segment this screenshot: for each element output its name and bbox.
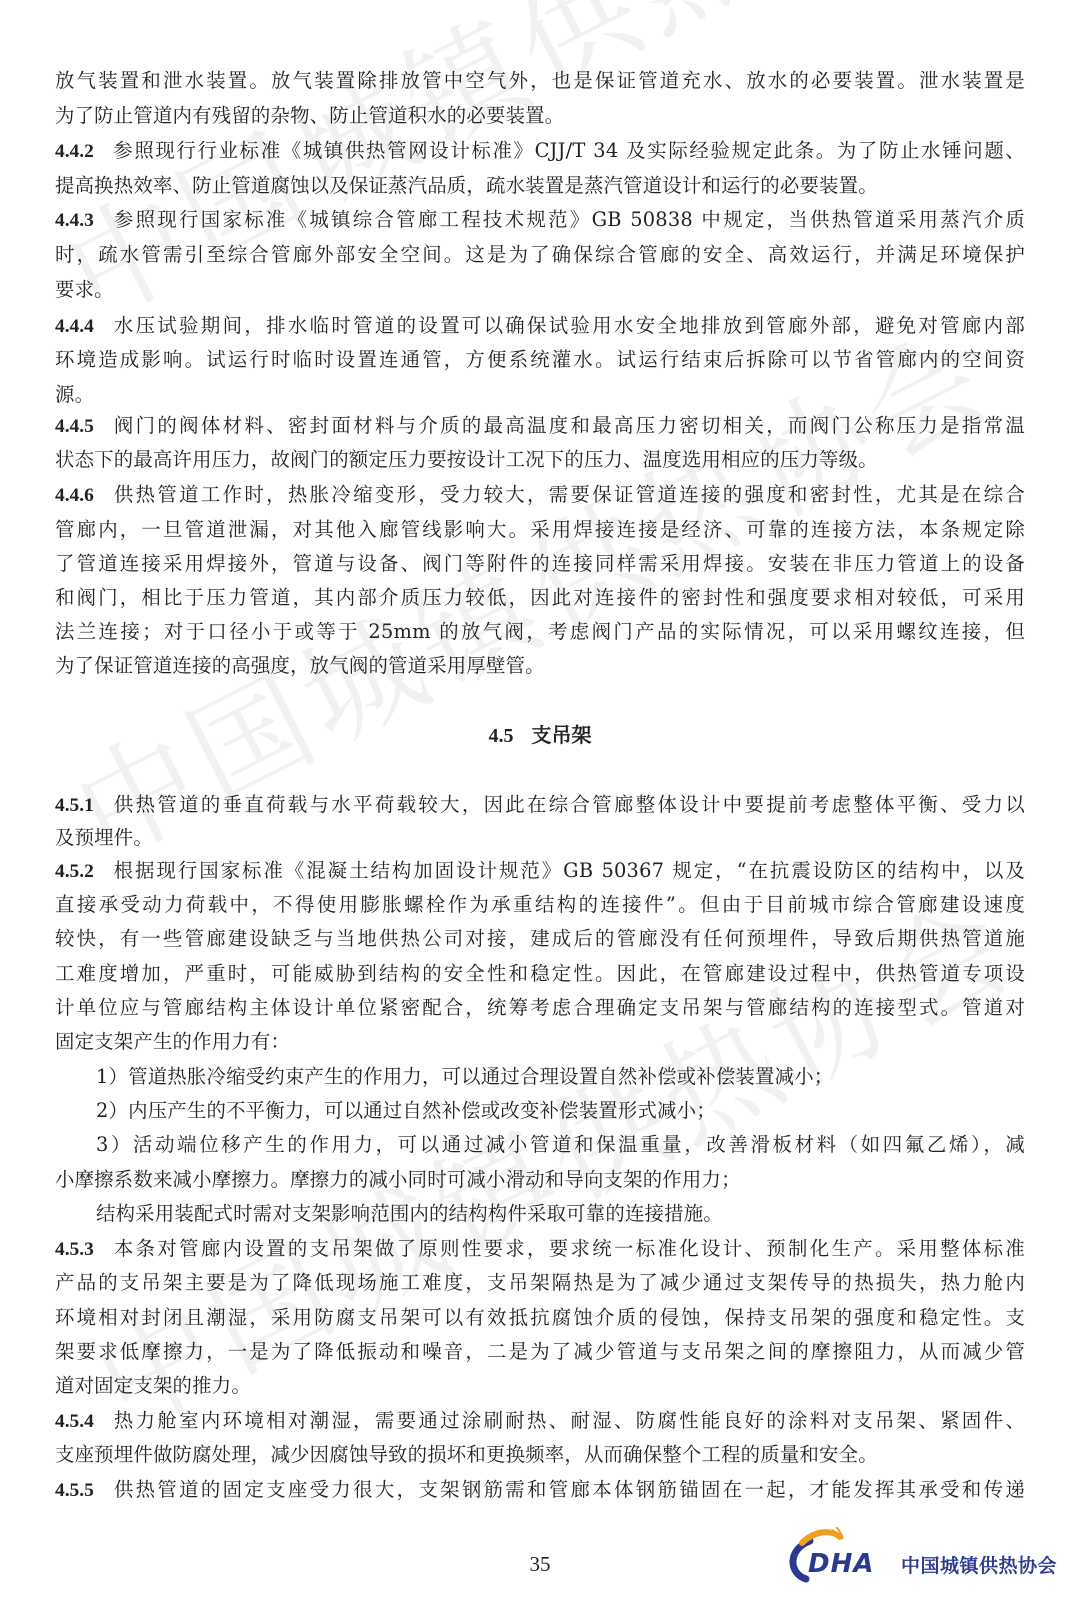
list-item-2: 2）内压产生的不平衡力，可以通过自然补偿或改变补偿装置形式减小； <box>96 1094 1025 1128</box>
body-line: 结构采用装配式时需对支架影响范围内的结构构件采取可靠的连接措施。 <box>96 1197 1025 1231</box>
body-line: 产品的支吊架主要是为了降低现场施工难度，支吊架隔热是为了减少通过支架传导的热损失… <box>55 1266 1025 1300</box>
body-line: 计单位应与管廊结构主体设计单位紧密配合，统筹考虑合理确定支吊架与管廊结构的连接型… <box>55 991 1025 1025</box>
body-line: 架要求低摩擦力，一是为了降低振动和噪音，二是为了减少管道与支吊架之间的摩擦阻力，… <box>55 1335 1025 1369</box>
clause-number: 4.5.5 <box>55 1480 94 1501</box>
body-line: 为了防止管道内有残留的杂物、防止管道积水的必要装置。 <box>55 99 1025 133</box>
clause-4-4-3: 4.4.3参照现行国家标准《城镇综合管廊工程技术规范》GB 50838 中规定，… <box>55 203 1025 237</box>
clause-4-4-6: 4.4.6供热管道工作时，热胀冷缩变形，受力较大，需要保证管道连接的强度和密封性… <box>55 478 1025 512</box>
body-line: 源。 <box>55 378 1025 412</box>
association-logo: DHA 中国城镇供热协会 <box>780 1527 1070 1587</box>
body-line: 时，疏水管需引至综合管廊外部安全空间。这是为了确保综合管廊的安全、高效运行，并满… <box>55 238 1025 272</box>
body-line: 状态下的最高许用压力，故阀门的额定压力要按设计工况下的压力、温度选用相应的压力等… <box>55 443 1025 477</box>
clause-4-5-2: 4.5.2根据现行国家标准《混凝土结构加固设计规范》GB 50367 规定，“在… <box>55 854 1025 888</box>
clause-4-5-1: 4.5.1供热管道的垂直荷载与水平荷载较大，因此在综合管廊整体设计中要提前考虑整… <box>55 788 1025 822</box>
clause-number: 4.4.5 <box>55 416 94 437</box>
body-line: 了管道连接采用焊接外，管道与设备、阀门等附件的连接同样需采用焊接。安装在非压力管… <box>55 547 1025 581</box>
body-line: 工难度增加，严重时，可能威胁到结构的安全性和稳定性。因此，在管廊建设过程中，供热… <box>55 957 1025 991</box>
clause-4-5-5: 4.5.5供热管道的固定支座受力很大，支架钢筋需和管廊本体钢筋锚固在一起，才能发… <box>55 1473 1025 1507</box>
clause-number: 4.5.1 <box>55 795 94 816</box>
body-line: 法兰连接；对于口径小于或等于 25mm 的放气阀，考虑阀门产品的实际情况，可以采… <box>55 615 1025 649</box>
section-number: 4.5 <box>489 725 514 747</box>
body-line: 放气装置和泄水装置。放气装置除排放管中空气外，也是保证管道充水、放水的必要装置。… <box>55 64 1025 98</box>
body-line: 提高换热效率、防止管道腐蚀以及保证蒸汽品质，疏水装置是蒸汽管道设计和运行的必要装… <box>55 169 1025 203</box>
clause-number: 4.4.3 <box>55 210 94 231</box>
body-line: 环境相对封闭且潮湿，采用防腐支吊架可以有效抵抗腐蚀介质的侵蚀，保持支吊架的强度和… <box>55 1301 1025 1335</box>
section-title: 支吊架 <box>532 723 592 747</box>
body-line: 道对固定支架的推力。 <box>55 1369 1025 1403</box>
logo-name: 中国城镇供热协会 <box>901 1551 1057 1578</box>
body-line: 为了保证管道连接的高强度，放气阀的管道采用厚壁管。 <box>55 649 1025 683</box>
body-line: 管廊内，一旦管道泄漏，对其他入廊管线影响大。采用焊接连接是经济、可靠的连接方法，… <box>55 513 1025 547</box>
body-line: 小摩擦系数来减小摩擦力。摩擦力的减小同时可减小滑动和导向支架的作用力； <box>55 1163 1025 1197</box>
clause-number: 4.4.6 <box>55 485 94 506</box>
clause-number: 4.5.2 <box>55 861 94 882</box>
body-line: 固定支架产生的作用力有： <box>55 1025 1025 1059</box>
clause-number: 4.5.3 <box>55 1239 94 1260</box>
clause-4-5-3: 4.5.3本条对管廊内设置的支吊架做了原则性要求，要求统一标准化设计、预制化生产… <box>55 1232 1025 1266</box>
clause-number: 4.4.4 <box>55 316 94 337</box>
body-line: 支座预埋件做防腐处理，减少因腐蚀导致的损坏和更换频率，从而确保整个工程的质量和安… <box>55 1438 1025 1472</box>
list-item-3: 3）活动端位移产生的作用力，可以通过减小管道和保温重量，改善滑板材料（如四氟乙烯… <box>96 1128 1025 1162</box>
body-line: 直接承受动力荷载中，不得使用膨胀螺栓作为承重结构的连接件”。但由于目前城市综合管… <box>55 888 1025 922</box>
logo-abbreviation: DHA <box>808 1549 874 1579</box>
body-line: 较快，有一些管廊建设缺乏与当地供热公司对接，建成后的管廊没有任何预埋件，导致后期… <box>55 922 1025 956</box>
clause-4-4-2: 4.4.2参照现行行业标准《城镇供热管网设计标准》CJJ/T 34 及实际经验规… <box>55 134 1025 168</box>
list-item-1: 1）管道热胀冷缩受约束产生的作用力，可以通过合理设置自然补偿或补偿装置减小； <box>96 1060 1025 1094</box>
clause-number: 4.4.2 <box>55 141 94 162</box>
body-line: 及预埋件。 <box>55 821 1025 855</box>
clause-number: 4.5.4 <box>55 1411 94 1432</box>
body-line: 环境造成影响。试运行时临时设置连通管，方便系统灌水。试运行结束后拆除可以节省管廊… <box>55 343 1025 377</box>
section-heading: 4.5支吊架 <box>0 718 1080 753</box>
body-line: 和阀门，相比于压力管道，其内部介质压力较低，因此对连接件的密封性和强度要求相对较… <box>55 581 1025 615</box>
clause-4-5-4: 4.5.4热力舱室内环境相对潮湿，需要通过涂刷耐热、耐湿、防腐性能良好的涂料对支… <box>55 1404 1025 1438</box>
clause-4-4-5: 4.4.5阀门的阀体材料、密封面材料与介质的最高温度和最高压力密切相关，而阀门公… <box>55 409 1025 443</box>
body-line: 要求。 <box>55 273 1025 307</box>
document-page: 中国城镇供热协会 中国城镇供热协会 中国城镇供热协会 放气装置和泄水装置。放气装… <box>0 0 1080 1607</box>
clause-4-4-4: 4.4.4水压试验期间，排水临时管道的设置可以确保试验用水安全地排放到管廊外部，… <box>55 309 1025 343</box>
